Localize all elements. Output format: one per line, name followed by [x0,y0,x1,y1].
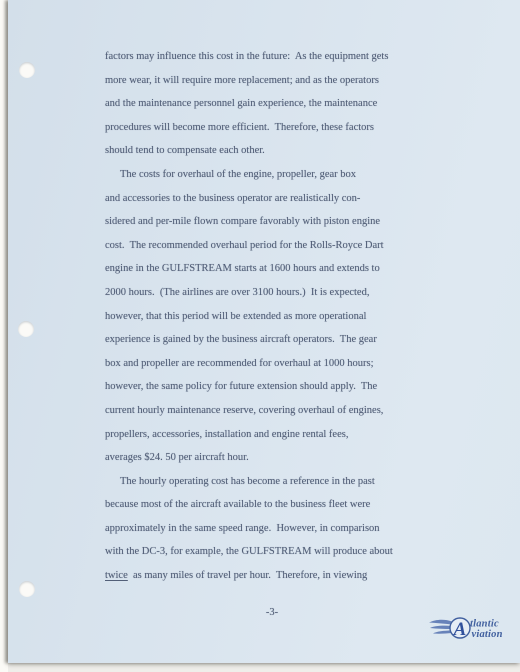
text-line: approximately in the same speed range. H… [105,517,467,541]
underlined-word: twice [105,570,128,581]
text-line: and the maintenance personnel gain exper… [105,92,467,116]
logo-text-line1: tlantic [470,619,499,630]
text-line: more wear, it will require more replacem… [105,69,467,93]
text-line: sidered and per-mile flown compare favor… [105,210,467,234]
text-line: and accessories to the business operator… [105,187,467,211]
text-line: 2000 hours. (The airlines are over 3100 … [105,281,467,305]
hole-punch-top [19,62,35,78]
logo-graphic: A tlantic viation [427,612,517,648]
text-line: twice as many miles of travel per hour. … [105,564,467,588]
hole-punch-bottom [19,581,35,597]
text-line: with the DC-3, for example, the GULFSTRE… [105,540,467,564]
text-line: averages $24. 50 per aircraft hour. [105,446,467,470]
text-line: should tend to compensate each other. [105,139,467,163]
page-number: -3- [92,601,452,625]
paragraph: The costs for overhaul of the engine, pr… [105,163,467,470]
text-line: The hourly operating cost has become a r… [105,470,467,494]
text-line: however, the same policy for future exte… [105,375,467,399]
text-line: propellers, accessories, installation an… [105,423,467,447]
logo-letter: A [453,619,467,640]
text-line: procedures will become more efficient. T… [105,116,467,140]
text-line: experience is gained by the business air… [105,328,467,352]
wings-icon [429,620,452,634]
text-line: box and propeller are recommended for ov… [105,352,467,376]
paragraph: The hourly operating cost has become a r… [105,470,467,588]
text-line: current hourly maintenance reserve, cove… [105,399,467,423]
text-line: factors may influence this cost in the f… [105,45,467,69]
text-line: The costs for overhaul of the engine, pr… [105,163,467,187]
logo-text-line2: viation [472,629,503,640]
text-line: cost. The recommended overhaul period fo… [105,234,467,258]
text-line: however, that this period will be extend… [105,305,467,329]
hole-punch-middle [18,321,34,337]
text-block: factors may influence this cost in the f… [105,45,467,588]
text-line: because most of the aircraft available t… [105,493,467,517]
scan-edge-left [0,0,8,672]
text-segment: as many miles of travel per hour. Theref… [128,570,368,581]
atlantic-aviation-logo: A tlantic viation [427,612,517,648]
text-line: engine in the GULFSTREAM starts at 1600 … [105,257,467,281]
paragraph: factors may influence this cost in the f… [105,45,467,163]
